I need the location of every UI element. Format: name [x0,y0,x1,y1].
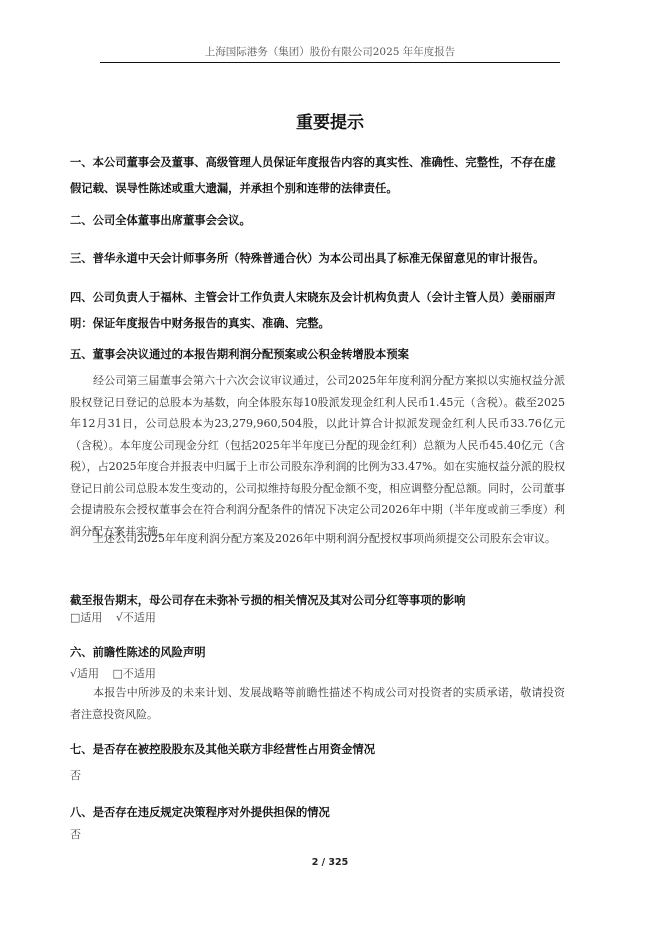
page-number: 2 / 325 [280,857,380,868]
section-5-heading: 五、董事会决议通过的本报告期利润分配预案或公积金转增股本预案 [70,342,565,368]
section-2: 二、公司全体董事出席董事会会议。 [70,208,565,234]
section-6-paragraph: 本报告中所涉及的未来计划、发展战略等前瞻性描述不构成公司对投资者的实质承诺，敬请… [70,682,565,725]
section-5-paragraph-1: 经公司第三届董事会第六十六次会议审议通过，公司2025年年度利润分配方案拟以实施… [70,370,565,542]
section-3: 三、普华永道中天会计师事务所（特殊普通合伙）为本公司出具了标准无保留意见的审计报… [70,246,565,272]
section-6-options: √适用 □不适用 [70,664,565,684]
section-7-heading: 七、是否存在被控股股东及其他关联方非经营性占用资金情况 [70,740,565,760]
page-title: 重要提示 [60,108,600,133]
running-header: 上海国际港务（集团）股份有限公司2025 年年度报告 [100,44,560,59]
loss-options: □适用 √不适用 [70,608,565,628]
option-applicable-checked: √适用 [70,664,99,684]
header-divider [100,62,560,63]
section-4: 四、公司负责人于福林、主管会计工作负责人宋晓东及会计机构负责人（会计主管人员）姜… [70,285,565,337]
section-7-answer: 否 [70,766,565,786]
section-8-heading: 八、是否存在违反规定决策程序对外提供担保的情况 [70,803,565,823]
option-not-applicable-unchecked: □不适用 [113,664,156,684]
section-1: 一、本公司董事会及董事、高级管理人员保证年度报告内容的真实性、准确性、完整性，不… [70,150,565,202]
option-not-applicable-checked: √不适用 [116,608,156,628]
section-5-paragraph-2: 上述公司2025年年度利润分配方案及2026年中期利润分配授权事项尚须提交公司股… [70,528,565,550]
section-6-heading: 六、前瞻性陈述的风险声明 [70,643,565,663]
section-8-answer: 否 [70,825,565,845]
option-applicable-unchecked: □适用 [70,608,102,628]
